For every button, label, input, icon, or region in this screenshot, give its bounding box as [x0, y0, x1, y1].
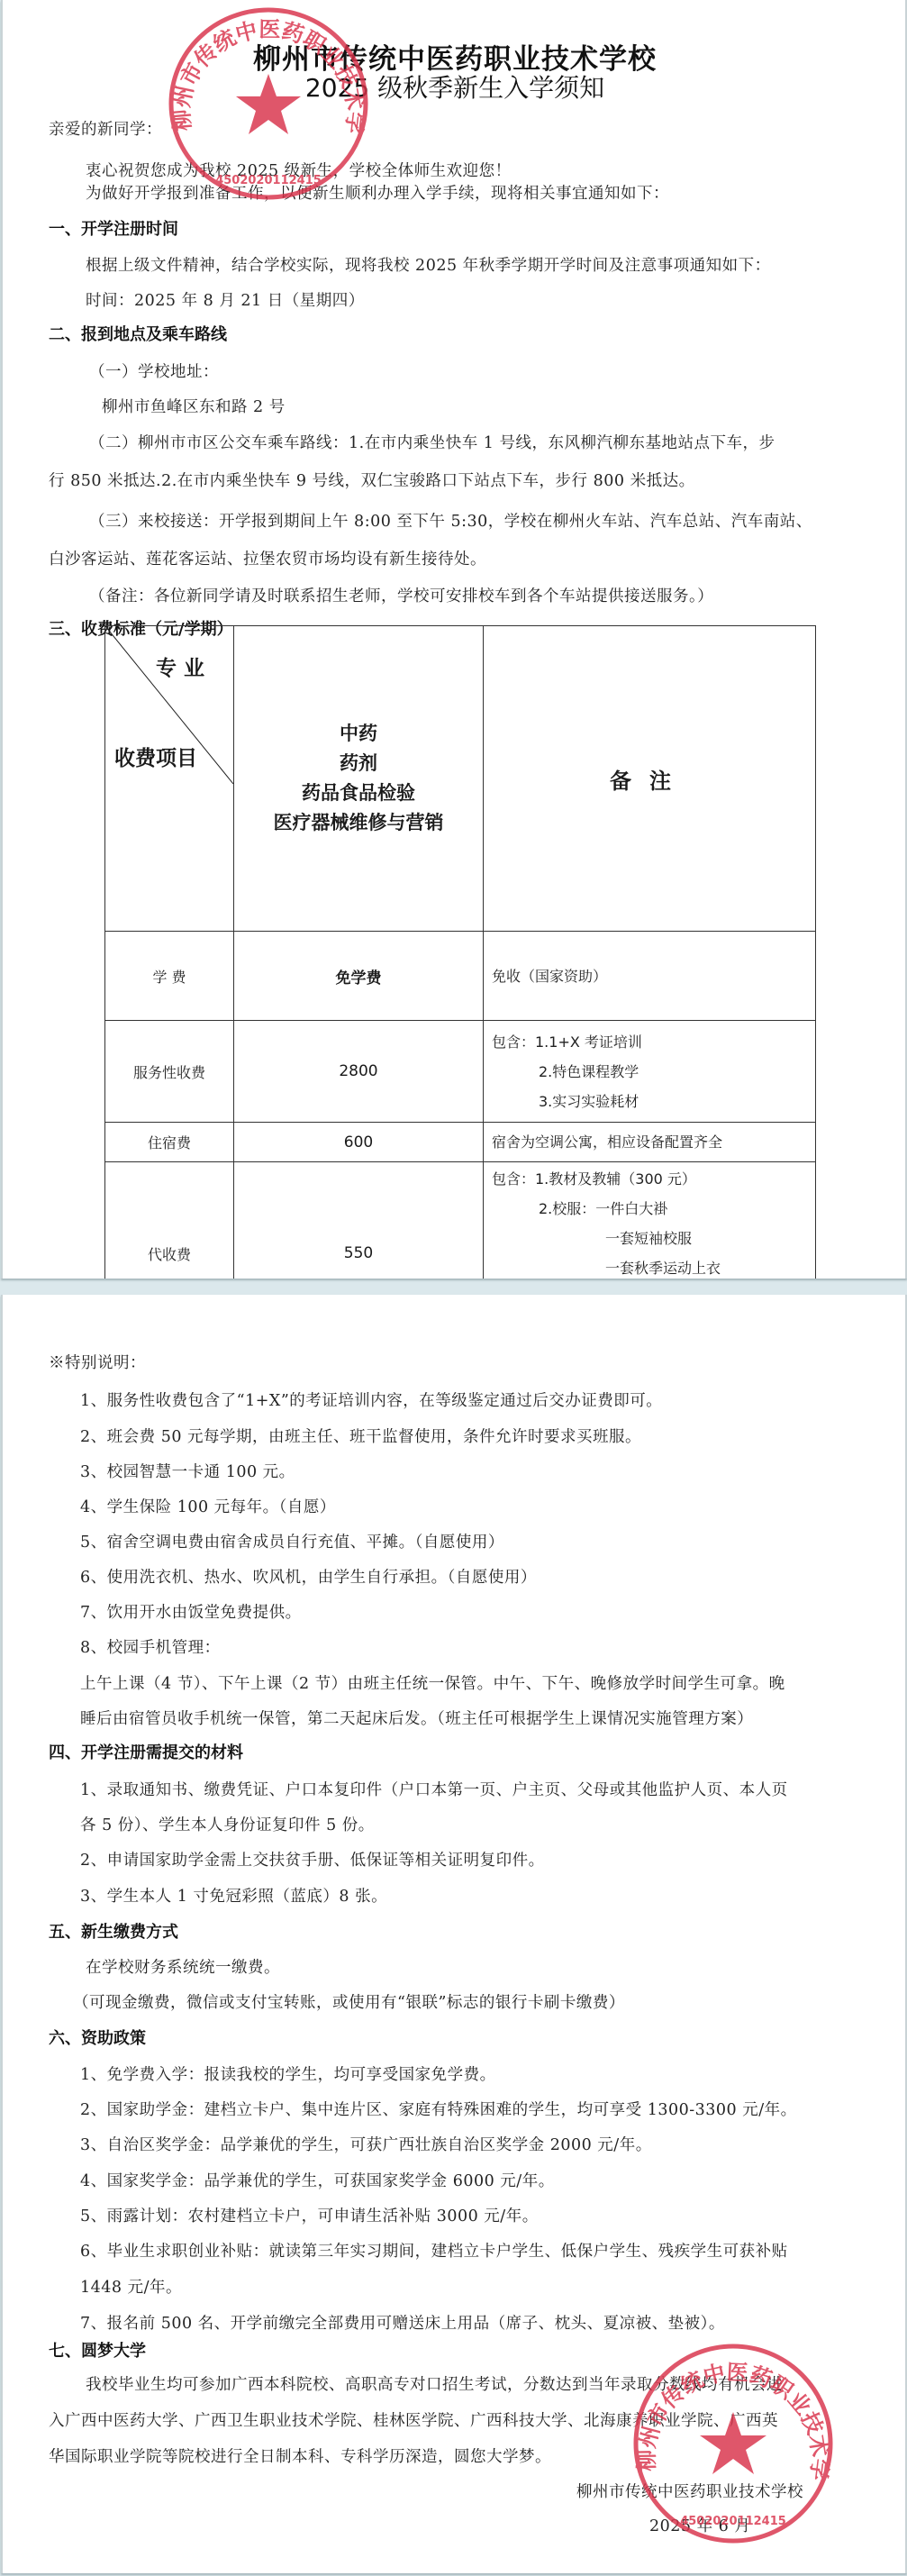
fee-table-header: 专业 收费项目 中药 药剂 药品食品检验 医疗器械维修与营销 备注 — [105, 626, 816, 932]
note-line: 免收（国家资助） — [492, 961, 815, 991]
bus-route-line-2: 行 850 米抵达.2.在市内乘坐快车 9 号线，双仁宝骏路口下站点下车，步行 … — [49, 469, 695, 491]
note-line: 宿舍为空调公寓，相应设备配置齐全 — [492, 1127, 815, 1157]
fee-table: 专业 收费项目 中药 药剂 药品食品检验 医疗器械维修与营销 备注 学 费 免学… — [104, 625, 816, 1279]
table-row: 服务性收费 2800 包含：1.1+X 考证培训 2.特色课程教学 3.实习实验… — [105, 1021, 816, 1123]
aid-item: 7、报名前 500 名、开学前缴完全部费用可赠送床上用品（席子、枕头、夏凉被、垫… — [80, 2311, 725, 2334]
section-6-heading: 六、资助政策 — [49, 2025, 146, 2049]
phone-policy-line-2: 睡后由宿管员收手机统一保管，第二天起床后发。（班主任可根据学生上课情况实施管理方… — [80, 1707, 753, 1729]
special-item: 2、班会费 50 元每学期，由班主任、班干监督使用，条件允许时要求买班服。 — [80, 1425, 641, 1447]
special-item: 8、校园手机管理： — [80, 1635, 221, 1658]
fee-note: 宿舍为空调公寓，相应设备配置齐全 — [484, 1123, 816, 1162]
section-2-heading: 二、报到地点及乘车路线 — [49, 322, 227, 345]
special-item: 3、校园智慧一卡通 100 元。 — [80, 1460, 295, 1482]
note-line: 包含：1.教材及教辅（300 元） — [492, 1164, 815, 1194]
section-1-heading: 一、开学注册时间 — [49, 216, 178, 240]
table-row: 住宿费 600 宿舍为空调公寓，相应设备配置齐全 — [105, 1123, 816, 1162]
intro-line-1: 衷心祝贺您成为我校 2025 级新生，学校全体师生欢迎您！ — [86, 159, 512, 181]
note-line: 3.实习实验耗材 — [492, 1087, 815, 1116]
intro-line-2: 为做好开学报到准备工作，以便新生顺利办理入学手续，现将相关事宜通知如下： — [86, 181, 669, 204]
fee-item: 代收费 — [105, 1162, 234, 1279]
fee-value: 免学费 — [234, 932, 484, 1021]
signature-date: 2025 年 6 月 — [649, 2514, 750, 2536]
school-address: 柳州市鱼峰区东和路 2 号 — [102, 395, 286, 417]
aid-item: 2、国家助学金：建档立卡户、集中连片区、家庭有特殊困难的学生，均可享受 1300… — [80, 2098, 797, 2120]
university-line-3: 华国际职业学院等院校进行全日制本科、专科学历深造，圆您大学梦。 — [49, 2444, 551, 2467]
note-line: 2.特色课程教学 — [492, 1057, 815, 1087]
major: 中药 — [234, 719, 483, 749]
document-page-2: ※特别说明： 1、服务性收费包含了“1+X”的考证培训内容，在等级鉴定通过后交办… — [1, 1295, 907, 2573]
fee-value: 2800 — [234, 1021, 484, 1123]
fee-note: 免收（国家资助） — [484, 932, 816, 1021]
majors-cell: 中药 药剂 药品食品检验 医疗器械维修与营销 — [234, 626, 484, 932]
fee-item: 学 费 — [105, 932, 234, 1021]
fee-value: 600 — [234, 1123, 484, 1162]
note-line: 2.校服：一件白大褂 — [492, 1194, 815, 1224]
fee-note: 包含：1.教材及教辅（300 元） 2.校服：一件白大褂 一套短袖校服 一套秋季… — [484, 1162, 816, 1279]
signature-school: 柳州市传统中医药职业技术学校 — [576, 2480, 803, 2502]
note-header: 备注 — [484, 626, 816, 932]
section-1-text: 根据上级文件精神，结合学校实际，现将我校 2025 年秋季学期开学时间及注意事项… — [86, 253, 771, 276]
aid-item: 1、免学费入学：报读我校的学生，均可享受国家免学费。 — [80, 2062, 496, 2085]
aid-item: 1448 元/年。 — [80, 2275, 182, 2298]
table-row: 学 费 免学费 免收（国家资助） — [105, 932, 816, 1021]
bus-route-line-1: （二）柳州市市区公交车乘车路线：1.在市内乘坐快车 1 号线，东风柳汽柳东基地站… — [89, 431, 775, 453]
registration-date: 时间：2025 年 8 月 21 日（星期四） — [86, 288, 365, 311]
special-item: 7、饮用开水由饭堂免费提供。 — [80, 1600, 302, 1623]
material-item-2: 2、申请国家助学金需上交扶贫手册、低保证等相关证明复印件。 — [80, 1848, 545, 1871]
note-line: 一套秋季运动上衣 — [492, 1253, 815, 1279]
pickup-line-2: 白沙客运站、莲花客运站、拉堡农贸市场均设有新生接待处。 — [49, 547, 486, 569]
greeting: 亲爱的新同学： — [49, 117, 162, 140]
special-item: 1、服务性收费包含了“1+X”的考证培训内容，在等级鉴定通过后交办证费即可。 — [80, 1388, 662, 1411]
fee-item: 住宿费 — [105, 1123, 234, 1162]
major: 药品食品检验 — [234, 778, 483, 808]
corner-major-label: 专业 — [156, 651, 212, 681]
corner-cell: 专业 收费项目 — [105, 626, 234, 932]
special-item: 4、学生保险 100 元每年。（自愿） — [80, 1495, 336, 1517]
table-row: 代收费 550 包含：1.教材及教辅（300 元） 2.校服：一件白大褂 一套短… — [105, 1162, 816, 1279]
special-heading: ※特别说明： — [49, 1351, 146, 1373]
university-line-2: 入广西中医药大学、广西卫生职业技术学院、桂林医学院、广西科技大学、北海康养职业学… — [49, 2408, 778, 2431]
special-item: 6、使用洗衣机、热水、吹风机，由学生自行承担。（自愿使用） — [80, 1565, 537, 1588]
address-label: （一）学校地址： — [89, 360, 219, 382]
note-line: 包含：1.1+X 考证培训 — [492, 1027, 815, 1057]
note-line: 一套短袖校服 — [492, 1224, 815, 1253]
special-item: 5、宿舍空调电费由宿舍成员自行充值、平摊。（自愿使用） — [80, 1530, 504, 1552]
notice-title: 2025 级秋季新生入学须知 — [3, 68, 907, 105]
phone-policy-line-1: 上午上课（4 节）、下午上课（2 节）由班主任统一保管。中午、下午、晚修放学时间… — [80, 1671, 785, 1694]
material-item-1-line-2: 各 5 份）、学生本人身份证复印件 5 份。 — [80, 1813, 375, 1835]
payment-line-2: （可现金缴费，微信或支付宝转账，或使用有“银联”标志的银行卡刷卡缴费） — [73, 1990, 625, 2013]
aid-item: 4、国家奖学金：品学兼优的学生，可获国家奖学金 6000 元/年。 — [80, 2169, 555, 2191]
fee-item: 服务性收费 — [105, 1021, 234, 1123]
university-line-1: 我校毕业生均可参加广西本科院校、高职高专对口招生考试，分数达到当年录取分数线均有… — [86, 2372, 783, 2395]
fee-value: 550 — [234, 1162, 484, 1279]
major: 药剂 — [234, 749, 483, 778]
document-page-1: 柳州市传统中医药职业技术学校 2025 级秋季新生入学须知 亲爱的新同学： 衷心… — [1, 0, 907, 1279]
fee-note: 包含：1.1+X 考证培训 2.特色课程教学 3.实习实验耗材 — [484, 1021, 816, 1123]
aid-item: 6、毕业生求职创业补贴：就读第三年实习期间，建档立卡户学生、低保户学生、残疾学生… — [80, 2239, 788, 2262]
pickup-line-1: （三）来校接送：开学报到期间上午 8:00 至下午 5:30，学校在柳州火车站、… — [89, 509, 812, 532]
section-7-heading: 七、圆梦大学 — [49, 2338, 146, 2362]
payment-line-1: 在学校财务系统统一缴费。 — [86, 1955, 280, 1978]
major: 医疗器械维修与营销 — [234, 808, 483, 838]
pickup-remark: （备注：各位新同学请及时联系招生老师，学校可安排校车到各个车站提供接送服务。） — [89, 584, 713, 606]
section-4-heading: 四、开学注册需提交的材料 — [49, 1740, 243, 1763]
material-item-3: 3、学生本人 1 寸免冠彩照（蓝底）8 张。 — [80, 1884, 387, 1907]
aid-item: 3、自治区奖学金：品学兼优的学生，可获广西壮族自治区奖学金 2000 元/年。 — [80, 2133, 652, 2155]
aid-item: 5、雨露计划：农村建档立卡户，可申请生活补贴 3000 元/年。 — [80, 2204, 539, 2226]
section-5-heading: 五、新生缴费方式 — [49, 1919, 178, 1943]
corner-item-label: 收费项目 — [114, 742, 197, 771]
material-item-1-line-1: 1、录取通知书、缴费凭证、户口本复印件（户口本第一页、户主页、父母或其他监护人页… — [80, 1778, 788, 1800]
